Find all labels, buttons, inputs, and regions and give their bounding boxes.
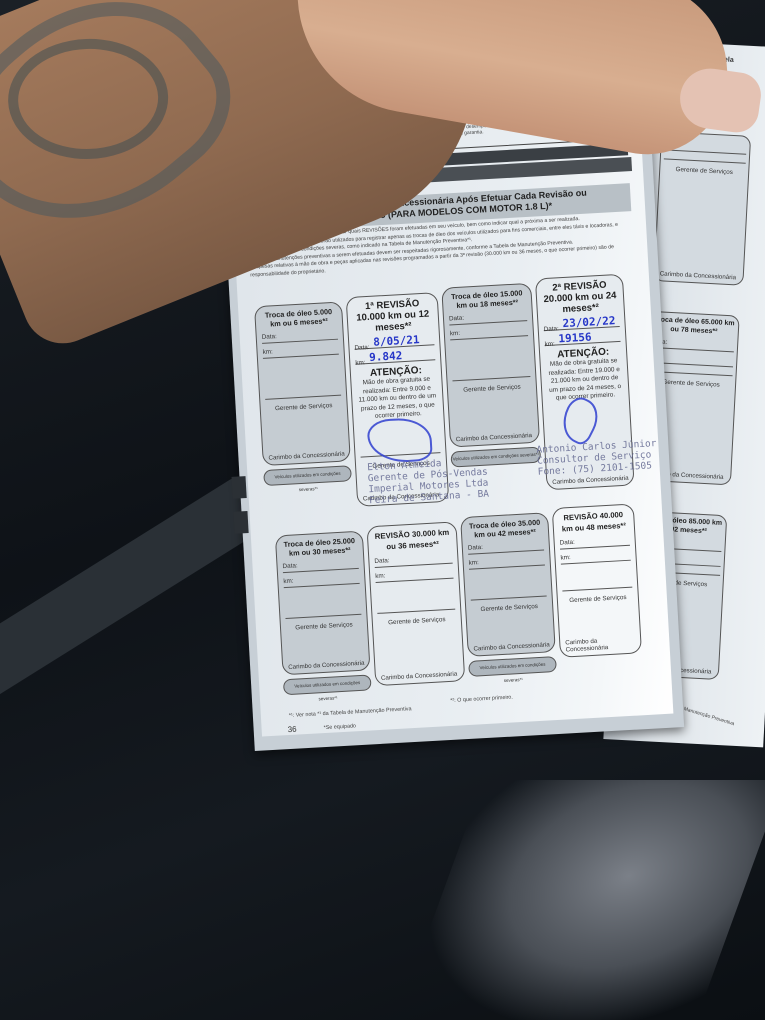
page-tab-marker [232,476,247,499]
footnote-2: *²: O que ocorrer primeiro. [450,694,513,703]
card-oil-15000: Troca de óleo 15.000 km ou 18 meses*² Da… [441,283,540,448]
handwritten-date: 23/02/22 [562,314,616,330]
card-revision-40000: REVISÃO 40.000 km ou 48 meses*² Data: km… [552,503,642,657]
footnote-3: *Se equipado [324,723,357,731]
footnote-1: *¹: Ver nota *¹ da Tabela de Manutenção … [289,706,412,719]
handwritten-km: 19156 [558,331,592,346]
handwritten-km: 9.842 [369,349,403,364]
photo-scene: ehido pela km: Gerente de Serviços Carim… [0,0,765,1020]
stamp-imperial-motores: Elton Almeida Gerente de Pós-Vendas Impe… [367,456,489,507]
right-card-top: km: Gerente de Serviços Carimbo da Conce… [653,131,751,286]
card-oil-35000: Troca de óleo 35.000 km ou 42 meses*² Da… [460,512,556,657]
severe-use-label: Veículos utilizados em condições severas… [263,465,352,486]
card-revision-30000: REVISÃO 30.000 km ou 36 meses*² Data: km… [366,521,465,686]
card-oil-25000: Troca de óleo 25.000 km ou 30 meses*² Da… [275,531,371,676]
page-tab-marker [233,511,248,534]
handwritten-date: 8/05/21 [373,333,420,349]
stamp-consultor: Antonio Carlos Júnior Consultor de Servi… [536,438,658,478]
severe-use-label: Veículos utilizados em condições severas… [468,656,557,677]
page-number: 36 [287,725,296,734]
severe-use-label: Veículos utilizados em condições severas… [283,674,372,695]
card-oil-5000: Troca de óleo 5.000 km ou 6 meses*² Data… [254,301,351,466]
